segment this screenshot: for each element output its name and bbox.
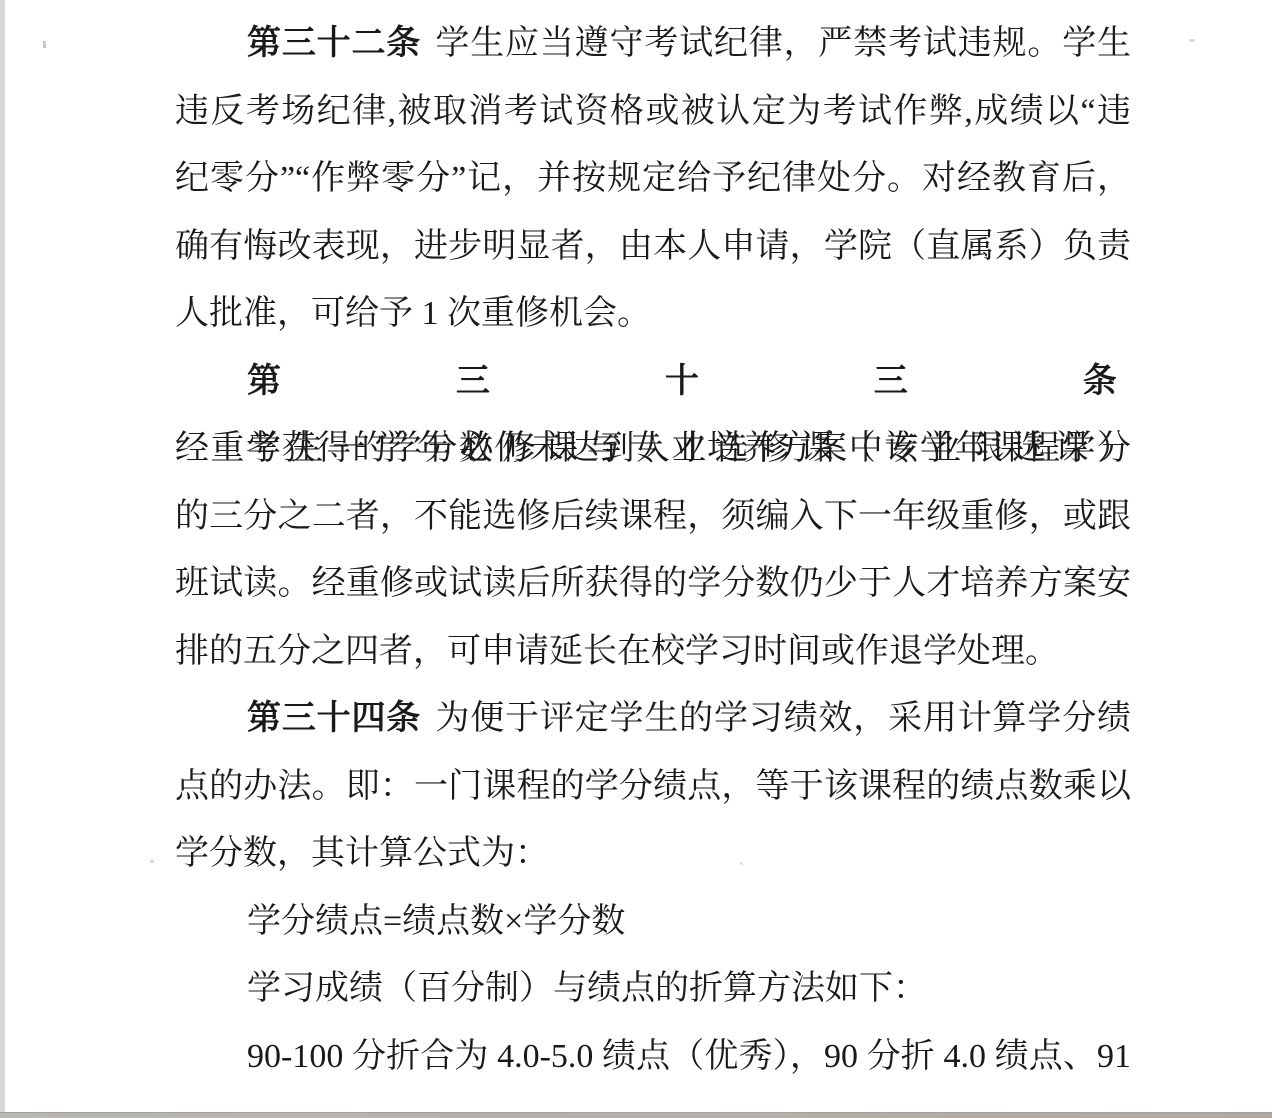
scan-speck [43, 41, 46, 48]
text-line: 违反考场纪律,被取消考试资格或被认定为考试作弊,成绩以“违 [175, 78, 1131, 146]
article-number: 第三十二条 [247, 25, 421, 62]
text-line: 90-100 分折合为 4.0-5.0 绩点（优秀），90 分折 4.0 绩点、… [175, 1023, 1131, 1091]
text-line: 排的五分之四者，可申请延长在校学习时间或作退学处理。 [175, 618, 1131, 686]
text-line-content: 为便于评定学生的学习绩效，采用计算学分绩 [435, 700, 1131, 737]
formula-line: 学分绩点=绩点数×学分数 [175, 888, 1131, 956]
text-line: 的三分之二者，不能选修后续课程，须编入下一年级重修，或跟 [175, 483, 1131, 551]
text-line: 第三十四条为便于评定学生的学习绩效，采用计算学分绩 [175, 685, 1131, 753]
text-line: 纪零分”“作弊零分”记，并按规定给予纪律处分。对经教育后， [175, 145, 1131, 213]
text-line: 点的办法。即：一门课程的学分绩点，等于该课程的绩点数乘以 [175, 753, 1131, 821]
scanned-page: 第三十二条学生应当遵守考试纪律，严禁考试违规。学生 违反考场纪律,被取消考试资格… [0, 0, 1272, 1118]
document-body: 第三十二条学生应当遵守考试纪律，严禁考试违规。学生 违反考场纪律,被取消考试资格… [175, 10, 1131, 1090]
text-line: 人批准，可给予 1 次重修机会。 [175, 280, 1131, 348]
text-line: 第三十三条学生一学年必修课与专业选修课（专业限选课） [175, 348, 1131, 416]
text-line: 学分数，其计算公式为： [175, 820, 1131, 888]
text-line: 学习成绩（百分制）与绩点的折算方法如下： [175, 955, 1131, 1023]
article-number: 第三十四条 [247, 700, 421, 737]
text-line: 确有悔改表现，进步明显者，由本人申请，学院（直属系）负责 [175, 213, 1131, 281]
text-line-content: 学生应当遵守考试纪律，严禁考试违规。学生 [435, 25, 1131, 62]
text-line: 经重考获得的学分数仍未达到人才培养方案中该学年课程学分 [175, 415, 1131, 483]
article-number: 第三十三条 [247, 363, 1117, 400]
text-line: 第三十二条学生应当遵守考试纪律，严禁考试违规。学生 [175, 10, 1131, 78]
text-line: 班试读。经重修或试读后所获得的学分数仍少于人才培养方案安 [175, 550, 1131, 618]
scan-speck [1189, 39, 1195, 42]
scan-speck [150, 860, 154, 863]
scan-left-edge [0, 0, 5, 1118]
scan-bottom-edge [0, 1112, 1272, 1118]
